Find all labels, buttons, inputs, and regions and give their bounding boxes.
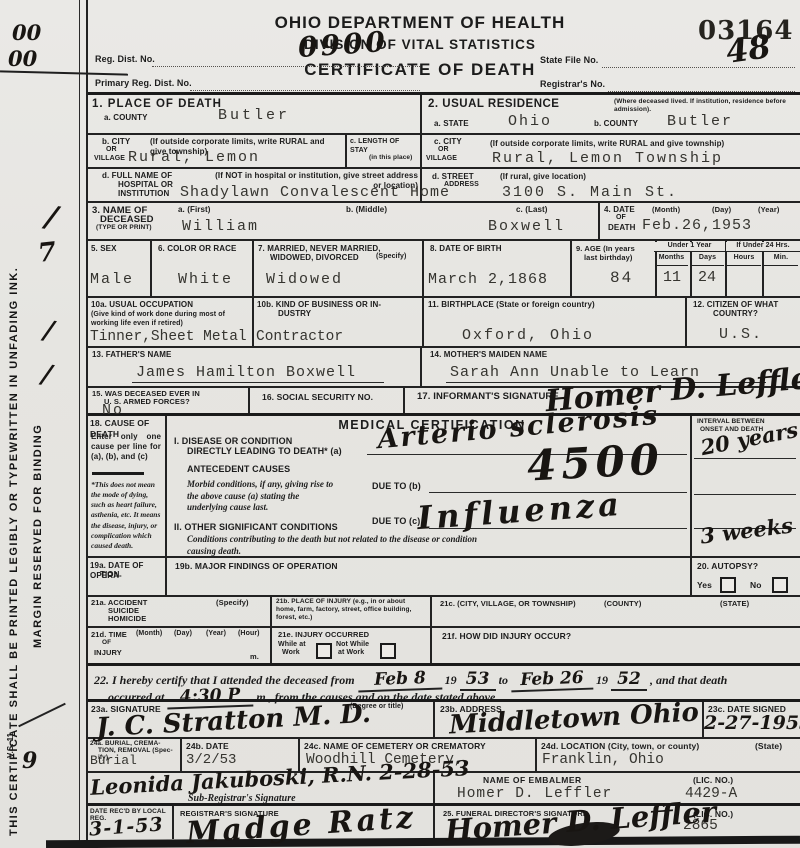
pod-village-label: VILLAGE: [94, 155, 125, 164]
field-father-name: 13. FATHER'S NAME James Hamilton Boxwell: [88, 348, 420, 386]
place-of-death-title: 1. PLACE OF DEATH: [92, 97, 222, 111]
injury-specify-label: (Specify): [216, 598, 249, 607]
reg-dist-value: 0900: [297, 25, 389, 64]
ssn-label: 16. SOCIAL SECURITY NO.: [262, 392, 373, 403]
field-marital-status: 7. MARRIED, NEVER MARRIED, WIDOWED, DIVO…: [252, 241, 422, 296]
dod-year-label: (Year): [758, 205, 779, 214]
dod-of: OF: [616, 214, 626, 223]
occupation-note: (Give kind of work done during most of w…: [91, 311, 246, 329]
field-citizen: 12. CITIZEN OF WHAT COUNTRY? U.S.: [685, 298, 800, 346]
field-burial-type: 24a. BURIAL, CREMA- TION, REMOVAL (Spec-…: [88, 739, 180, 771]
not-while-label2: at Work: [338, 649, 364, 658]
field-medical-main: MEDICAL CERTIFICATION I. DISEASE OR COND…: [165, 416, 690, 556]
row-place-residence: 1. PLACE OF DEATH a. COUNTY Butler 2. US…: [88, 92, 800, 133]
field-date-of-death: 4. DATE OF DEATH (Month) (Day) (Year) Fe…: [598, 203, 800, 239]
residence-state-value: Ohio: [508, 113, 552, 130]
due-to-b-label: DUE TO (b): [372, 481, 421, 492]
autopsy-yes-checkbox: [720, 577, 736, 593]
field-subregistrar: Leonida Jakuboski, R.N. 2-28-53 Sub-Regi…: [88, 773, 433, 803]
death-certificate-page: THIS CERTIFICATE SHALL BE PRINTED LEGIBL…: [0, 0, 800, 848]
length-of-stay-note: (in this place): [369, 154, 412, 162]
sex-value: Male: [90, 271, 134, 288]
autopsy-no-checkbox: [772, 577, 788, 593]
res-city-note: (If outside corporate limits, write RURA…: [490, 139, 800, 149]
row-operation: 19a. DATE OF OPERA- TION 19b. MAJOR FIND…: [88, 556, 800, 595]
field-cause-of-death-column: 18. CAUSE OF DEATH Enter only one cause …: [88, 416, 165, 556]
first-name-value: William: [182, 218, 259, 235]
row-certify-statement: 22. I hereby certify that I attended the…: [88, 663, 800, 699]
place-of-injury-label: 21b. PLACE OF INJURY (e.g., in or about …: [276, 598, 424, 622]
dod-value: Feb.26,1953: [642, 217, 752, 234]
residence-state-label: a. STATE: [434, 119, 469, 129]
field-funeral-director: 25. FUNERAL DIRECTOR'S SIGNATURE Homer D…: [433, 806, 800, 839]
burial-location-label: 24d. LOCATION (City, town, or county): [541, 741, 699, 752]
field-injury-kind: 21a. ACCIDENT SUICIDE HOMICIDE (Specify): [88, 597, 270, 626]
embalmer-label: NAME OF EMBALMER: [483, 775, 582, 786]
state-file-label: State File No.: [540, 55, 598, 66]
field-autopsy: 20. AUTOPSY? Yes No: [690, 558, 800, 595]
date-signed-value: 2-27-1953: [704, 712, 800, 734]
registrar-no-label: Registrar's No.: [540, 79, 605, 90]
date-received-value: 3-1-53: [88, 813, 164, 840]
row-physician: 23a. SIGNATURE (Degree or title) J. C. S…: [88, 699, 800, 737]
pen-strike-line: [0, 70, 128, 75]
field-date-of-birth: 8. DATE OF BIRTH March 2,1868: [422, 241, 570, 296]
field-burial-location: 24d. LOCATION (City, town, or county) (S…: [535, 739, 800, 771]
usual-residence-note: (Where deceased lived. If institution, r…: [614, 98, 794, 114]
injury-occurred-label: 21e. INJURY OCCURRED: [278, 630, 369, 639]
pen-stroke: [18, 703, 66, 728]
field-date-signed: 23c. DATE SIGNED 2-27-1953: [702, 702, 800, 737]
injury-time-of: OF: [102, 639, 111, 647]
morbid-note: Morbid conditions, if any, giving rise t…: [187, 479, 339, 514]
field-street-address: d. STREET ADDRESS (If rural, give locati…: [420, 169, 800, 201]
margin-pen-mark: 9: [22, 748, 37, 774]
injury-day-label: (Day): [174, 630, 192, 639]
field-residence-city: c. CITY OR VILLAGE (If outside corporate…: [420, 135, 800, 167]
operation-date-label2: TION: [100, 570, 120, 580]
institution-value: Shadylawn Convalescent Home: [180, 184, 450, 201]
sex-label: 5. SEX: [91, 244, 117, 254]
row-medical-certification: 18. CAUSE OF DEATH Enter only one cause …: [88, 413, 800, 556]
informant-label: 17. INFORMANT'S SIGNATURE: [417, 391, 559, 403]
last-name-label: c. (Last): [516, 205, 548, 215]
father-label: 13. FATHER'S NAME: [92, 350, 171, 360]
field-usual-residence: 2. USUAL RESIDENCE (Where deceased lived…: [420, 95, 800, 133]
usual-residence-title: 2. USUAL RESIDENCE: [428, 97, 559, 111]
form-number: V.S. 11: [6, 708, 15, 758]
row-occupation: 10a. USUAL OCCUPATION (Give kind of work…: [88, 296, 800, 346]
dod-month-label: (Month): [652, 205, 680, 214]
age-value: 84: [610, 269, 633, 287]
county-value: Butler: [218, 107, 290, 124]
under-1-year-label: Under 1 Year: [654, 242, 725, 252]
industry-label: 10b. KIND OF BUSINESS OR IN-: [257, 300, 381, 310]
margin-pen-mark: /: [43, 199, 60, 235]
field-sex: 5. SEX Male: [88, 241, 150, 296]
findings-label: 19b. MAJOR FINDINGS OF OPERATION: [175, 561, 338, 572]
row-service-informant: 15. WAS DECEASED EVER IN U. S. ARMED FOR…: [88, 386, 800, 413]
certify-text-post: , and that death: [650, 673, 727, 687]
age-days-value: 24: [698, 269, 716, 286]
cause-note-1: Enter only one cause per line for (a), (…: [91, 432, 161, 462]
field-ssn: 16. SOCIAL SECURITY NO.: [248, 388, 403, 413]
pod-or-label: OR: [106, 146, 117, 155]
industry-label2: DUSTRY: [278, 309, 311, 319]
burial-location-value: Franklin, Ohio: [542, 752, 664, 768]
cemetery-label: 24c. NAME OF CEMETERY OR CREMATORY: [304, 741, 486, 752]
form-border-outer: [79, 0, 80, 848]
street-value: 3100 S. Main St.: [502, 184, 678, 201]
agency-name: OHIO DEPARTMENT OF HEALTH: [235, 12, 605, 33]
injury-m-label: m.: [250, 652, 259, 661]
street-note: (If rural, give location): [500, 172, 586, 182]
row-registrar-funeral: DATE REC'D BY LOCAL REG. 3-1-53 REGISTRA…: [88, 803, 800, 839]
disease-label-2: DIRECTLY LEADING TO DEATH* (a): [187, 446, 342, 457]
row-institution-street: d. FULL NAME OF HOSPITAL OR INSTITUTION …: [88, 167, 800, 201]
interval-line-b: [694, 476, 796, 495]
certify-19b: 19: [596, 673, 608, 687]
burial-date-value: 3/2/53: [186, 752, 236, 768]
citizen-label2: COUNTRY?: [713, 309, 758, 319]
due-to-c-label: DUE TO (c): [372, 516, 420, 527]
injury-hour-label: (Hour): [238, 630, 260, 639]
row-name-dod: 3. NAME OF DECEASED (TYPE OR PRINT) a. (…: [88, 201, 800, 239]
field-major-findings: 19b. MAJOR FINDINGS OF OPERATION: [165, 558, 690, 595]
while-at-work-checkbox: [316, 643, 332, 659]
dod-day-label: (Day): [712, 205, 731, 214]
last-name-value: Boxwell: [488, 218, 565, 235]
primary-reg-line: [190, 72, 420, 91]
field-place-of-death: 1. PLACE OF DEATH a. COUNTY Butler: [88, 95, 420, 133]
field-registrar-signature: REGISTRAR'S SIGNATURE Madge Ratz: [172, 806, 433, 839]
birthplace-value: Oxford, Ohio: [462, 327, 594, 344]
mother-label: 14. MOTHER'S MAIDEN NAME: [430, 350, 547, 360]
injury-time-injury: INJURY: [94, 648, 122, 657]
hours-label: Hours: [727, 254, 761, 266]
while-at-work-label2: Work: [282, 649, 300, 658]
residence-county-value: Butler: [667, 113, 733, 130]
burial-type-value: Burial: [90, 753, 137, 768]
birthplace-label: 11. BIRTHPLACE (State or foreign country…: [428, 300, 595, 310]
due-to-b-value: 4500: [526, 434, 665, 490]
field-institution: d. FULL NAME OF HOSPITAL OR INSTITUTION …: [88, 169, 420, 201]
field-time-of-injury: 21d. TIME OF INJURY (Month) (Day) (Year)…: [88, 628, 270, 663]
middle-name-label: b. (Middle): [346, 205, 387, 215]
cause-note-rule: [92, 472, 144, 475]
field-industry: 10b. KIND OF BUSINESS OR IN- DUSTRY Cont…: [252, 298, 422, 346]
injury-state-label: (STATE): [720, 599, 749, 608]
autopsy-yes-label: Yes: [697, 580, 712, 591]
dob-value: March 2,1868: [428, 271, 548, 288]
margin-pen-mark: 7: [36, 237, 57, 269]
row-city-village: b. CITY OR VILLAGE (If outside corporate…: [88, 133, 800, 167]
other-conditions-label: II. OTHER SIGNIFICANT CONDITIONS: [174, 522, 338, 533]
occupation-label: 10a. USUAL OCCUPATION: [91, 300, 193, 310]
field-length-of-stay: c. LENGTH OF STAY (in this place): [345, 135, 420, 167]
cause-note-2: *This does not mean the mode of dying, s…: [91, 480, 161, 551]
min-label: Min.: [764, 254, 798, 266]
months-label: Months: [655, 254, 688, 266]
certify-19a: 19: [445, 673, 457, 687]
margin-handwritten-mark: 00: [12, 20, 41, 45]
injury-time-label: 21d. TIME: [91, 630, 127, 639]
name-sub: (TYPE OR PRINT): [96, 224, 152, 232]
injury-kind-label3: HOMICIDE: [108, 614, 146, 623]
residence-county-label: b. COUNTY: [594, 119, 638, 129]
field-injury-location: 21c. (CITY, VILLAGE, OR TOWNSHIP) (COUNT…: [430, 597, 800, 626]
burial-state-label: (State): [755, 741, 782, 752]
injury-month-label: (Month): [136, 630, 162, 639]
father-value: James Hamilton Boxwell: [136, 364, 356, 381]
field-physician-signature: 23a. SIGNATURE (Degree or title) J. C. S…: [88, 702, 433, 737]
race-value: White: [178, 271, 233, 288]
embalmer-lic-label: (LIC. NO.): [693, 775, 733, 786]
length-of-stay-label: c. LENGTH OF STAY: [350, 138, 418, 156]
row-personal-stats: 5. SEX Male 6. COLOR OR RACE White 7. MA…: [88, 239, 800, 296]
field-place-of-injury: 21b. PLACE OF INJURY (e.g., in or about …: [270, 597, 430, 626]
pod-city-value: Rural, Lemon: [128, 149, 260, 166]
industry-value: Contractor: [256, 329, 343, 345]
autopsy-no-label: No: [750, 580, 762, 591]
field-age: 9. AGE (In years last birthday) 84: [570, 241, 655, 296]
field-physician-address: 23b. ADDRESS Middletown Ohio: [433, 702, 702, 737]
injury-location-label: 21c. (CITY, VILLAGE, OR TOWNSHIP): [440, 599, 576, 608]
marital-note: (Specify): [376, 253, 406, 262]
field-name-of-deceased: 3. NAME OF DECEASED (TYPE OR PRINT) a. (…: [88, 203, 598, 239]
injury-year-label: (Year): [206, 630, 226, 639]
registrar-no-line: [608, 73, 795, 92]
antecedent-label: ANTECEDENT CAUSES: [187, 464, 290, 475]
institution-label3: INSTITUTION: [118, 189, 169, 199]
field-pod-city: b. CITY OR VILLAGE (If outside corporate…: [88, 135, 345, 167]
field-date-received: DATE REC'D BY LOCAL REG. 3-1-53: [88, 806, 172, 839]
days-label: Days: [691, 254, 724, 266]
forces-value: No: [102, 402, 124, 419]
citizen-value: U.S.: [719, 326, 763, 343]
field-interval-column: INTERVAL BETWEEN ONSET AND DEATH 20 year…: [690, 416, 800, 556]
under-24-hrs-label: If Under 24 Hrs.: [726, 242, 800, 252]
county-label: a. COUNTY: [104, 113, 148, 123]
injury-county-label: (COUNTY): [604, 599, 641, 608]
embalmer-value: Homer D. Leffler: [457, 786, 612, 802]
field-how-injury: 21f. HOW DID INJURY OCCUR?: [430, 628, 800, 663]
state-file-value: 48: [724, 27, 773, 71]
race-label: 6. COLOR OR RACE: [158, 244, 237, 254]
res-city-value: Rural, Lemon Township: [492, 150, 723, 167]
res-or-label: OR: [438, 146, 449, 155]
occupation-value: Tinner,Sheet Metal: [90, 329, 247, 345]
field-embalmer: NAME OF EMBALMER Homer D. Leffler (LIC. …: [433, 773, 800, 803]
dod-death: DEATH: [608, 223, 635, 233]
field-occupation: 10a. USUAL OCCUPATION (Give kind of work…: [88, 298, 252, 346]
field-date-of-operation: 19a. DATE OF OPERA- TION: [88, 558, 165, 595]
age-label2: last birthday): [584, 253, 633, 262]
primary-reg-label: Primary Reg. Dist. No.: [95, 78, 192, 89]
reg-dist-label: Reg. Dist. No.: [95, 54, 155, 65]
autopsy-label: 20. AUTOPSY?: [697, 561, 758, 572]
not-while-checkbox: [380, 643, 396, 659]
field-armed-forces: 15. WAS DECEASED EVER IN U. S. ARMED FOR…: [88, 388, 248, 413]
age-months-value: 11: [663, 269, 681, 286]
age-label: 9. AGE (In years: [576, 244, 635, 253]
field-race: 6. COLOR OR RACE White: [150, 241, 252, 296]
field-birthplace: 11. BIRTHPLACE (State or foreign country…: [422, 298, 685, 346]
how-injury-label: 21f. HOW DID INJURY OCCUR?: [442, 631, 571, 642]
marital-value: Widowed: [266, 271, 343, 288]
dob-label: 8. DATE OF BIRTH: [430, 244, 502, 254]
field-injury-occurred: 21e. INJURY OCCURRED While at Work Not W…: [270, 628, 430, 663]
first-name-label: a. (First): [178, 205, 211, 215]
row-injury-kind: 21a. ACCIDENT SUICIDE HOMICIDE (Specify)…: [88, 595, 800, 626]
marital-label2: WIDOWED, DIVORCED: [270, 253, 359, 263]
margin-handwritten-mark: 00: [8, 46, 37, 71]
certify-to-word: to: [499, 673, 508, 687]
res-village-label: VILLAGE: [426, 155, 457, 164]
burial-date-label: 24b. DATE: [186, 741, 229, 752]
other-conditions-note: Conditions contributing to the death but…: [187, 534, 497, 557]
row-injury-time: 21d. TIME OF INJURY (Month) (Day) (Year)…: [88, 626, 800, 663]
